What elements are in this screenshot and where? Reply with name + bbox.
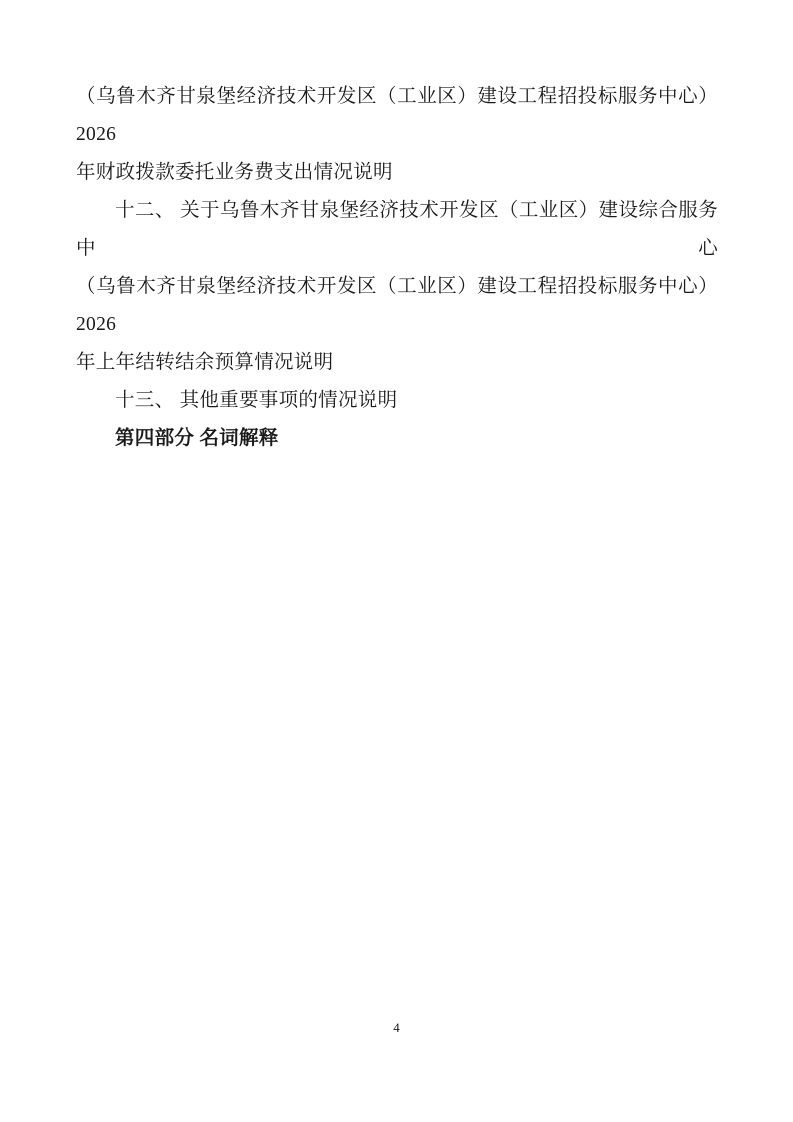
toc-line-item12-1: 十二、 关于乌鲁木齐甘泉堡经济技术开发区（工业区）建设综合服务中心 <box>76 192 718 268</box>
toc-line-item11-continuation-2: 年财政拨款委托业务费支出情况说明 <box>76 154 718 192</box>
page-number: 4 <box>0 1020 793 1036</box>
toc-line-item11-continuation-1: （乌鲁木齐甘泉堡经济技术开发区（工业区）建设工程招投标服务中心）2026 <box>76 78 718 154</box>
document-page: （乌鲁木齐甘泉堡经济技术开发区（工业区）建设工程招投标服务中心）2026 年财政… <box>0 0 793 1122</box>
toc-line-item12-3: 年上年结转结余预算情况说明 <box>76 344 718 382</box>
section4-heading: 第四部分 名词解释 <box>76 420 718 458</box>
toc-line-item13: 十三、 其他重要事项的情况说明 <box>76 382 718 420</box>
toc-line-item12-2: （乌鲁木齐甘泉堡经济技术开发区（工业区）建设工程招投标服务中心）2026 <box>76 268 718 344</box>
document-body: （乌鲁木齐甘泉堡经济技术开发区（工业区）建设工程招投标服务中心）2026 年财政… <box>76 78 718 458</box>
